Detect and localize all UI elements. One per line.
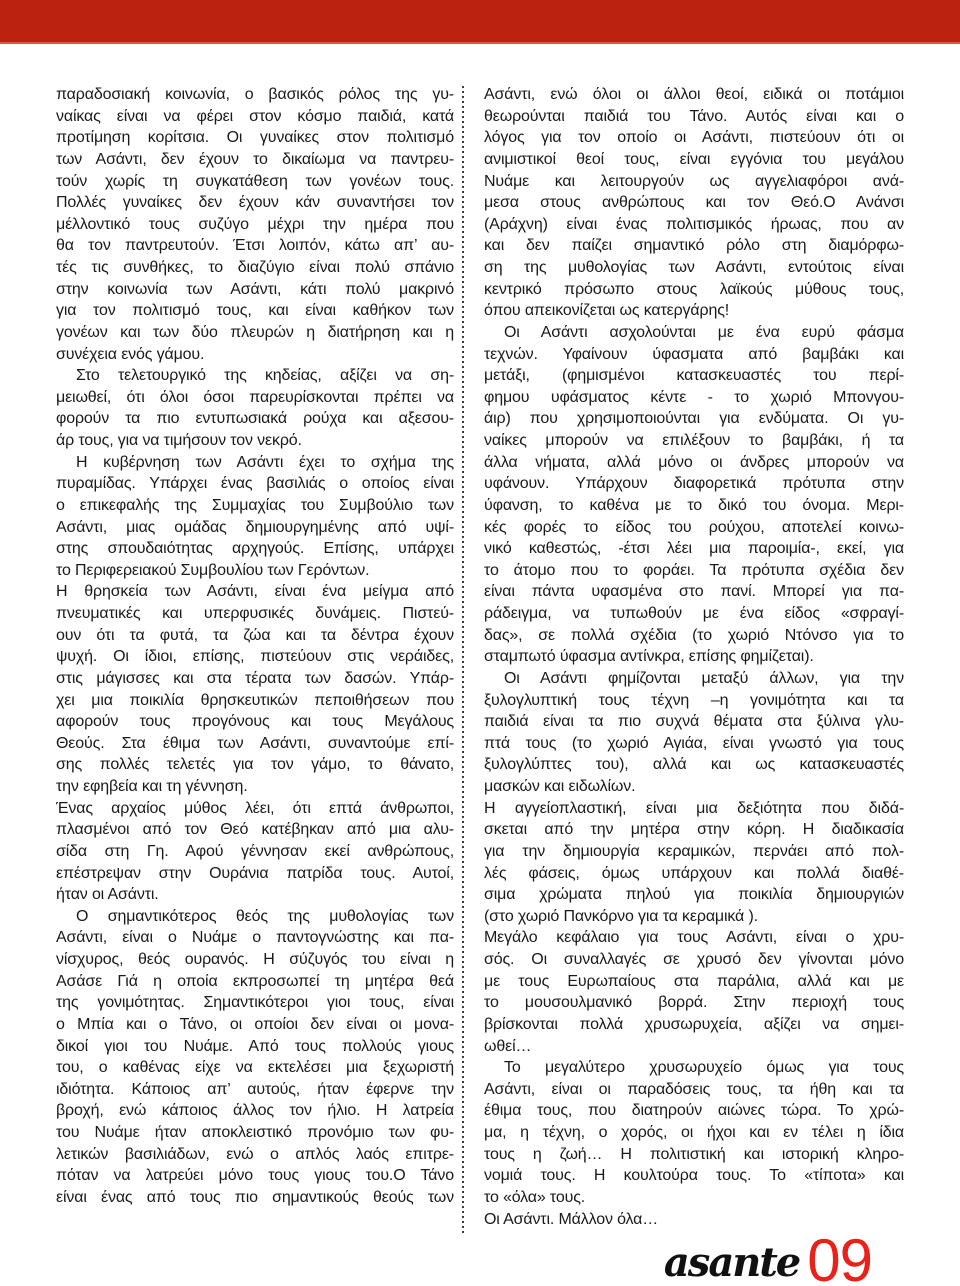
text-line: Πολλές γυναίκες δεν έχουν κάν συναντήσει… [56,192,454,214]
text-line: άλλα νήματα, αλλά μόνο οι άνδρες μπορούν… [484,452,904,474]
text-line: ο Μπία και ο Τάνο, οι οποίοι δεν είναι ο… [56,1014,454,1036]
text-line: έθιμα τους, που διατηρούν αιώνες τώρα. Τ… [484,1100,904,1122]
text-line: Νυάμε και λειτουργούν ως αγγελιαφόροι αν… [484,171,904,193]
text-line: μέλλοντικό τους συζύγο μέχρι την ημέρα π… [56,214,454,236]
page-footer: asante 09 [664,1232,872,1286]
text-line: ο επικεφαλής της Συμμαχίας του Συμβούλιο… [56,495,454,517]
text-line: ιδιότητα. Κάποιος απ’ αυτούς, ήταν έφερν… [56,1079,454,1101]
text-line: πόταν να λατρεύει μόνο τους γιους του.Ο … [56,1165,454,1187]
text-line: δας», σε πολλά σχέδια (το χωριό Ντόνσο γ… [484,625,904,647]
text-line: Ασάσε Γιά η οποία εκπροσωπεί τη μητέρα θ… [56,971,454,993]
text-line: το «όλα» τους. [484,1187,904,1209]
text-line: υφάνουν. Υπάρχουν διαφορετικά πρότυπα στ… [484,473,904,495]
text-line: τους η ζωή… Η πολιτιστική και ιστορική κ… [484,1144,904,1166]
text-line: δικοί γιοι του Νυάμε. Από τους πολλούς γ… [56,1036,454,1058]
text-line: σιμα χρώματα πηλού για ποικιλία δημιουργ… [484,884,904,906]
header-bar [0,0,960,44]
text-line: επέστρεψαν στην Ουράνια πατρίδα τους. Αυ… [56,863,454,885]
text-line: όπου απεικονίζεται ως κατεργάρης! [484,300,904,322]
text-line: Οι Ασάντι φημίζονται μεταξύ άλλων, για τ… [484,668,904,690]
text-line: θα τον παντρευτούν. Έτσι λοιπόν, κάτω απ… [56,235,454,257]
text-line: άιρ) που χρησιμοποιούνται για ενδύματα. … [484,408,904,430]
text-line: Ο σημαντικότερος θεός της μυθολογίας των [56,906,454,928]
text-line: ύφανση, το καθένα με το δικό του όνομα. … [484,495,904,517]
text-line: χει μια ποικιλία θρησκευτικών πεποιθήσεω… [56,690,454,712]
text-line: το Περιφερειακού Συμβουλίου των Γερόντων… [56,560,454,582]
text-line: σταμπωτό ύφασμα αντίνκρα, επίσης φημίζετ… [484,646,904,668]
text-line: Το μεγαλύτερο χρυσωρυχείο όμως για τους [484,1057,904,1079]
text-line: για την δημιουργία κεραμικών, περνάει απ… [484,841,904,863]
text-line: ουν ότι τα φυτά, τα ζώα και τα δέντρα έχ… [56,625,454,647]
text-line: παραδοσιακή κοινωνία, ο βασικός ρόλος τη… [56,84,454,106]
text-line: ψυχή. Οι ίδιοι, επίσης, πιστεύουν στις ν… [56,646,454,668]
text-line: νομιά τους. Η κουλτούρα τους. Το «τίποτα… [484,1165,904,1187]
text-line: νίσχυρος, θεός ουρανός. Η σύζυγός του εί… [56,949,454,971]
text-line: στης σπουδαιότητας αρχηγούς. Επίσης, υπά… [56,538,454,560]
text-line: τούν χωρίς τη συγκατάθεση των γονέων του… [56,171,454,193]
text-line: και δεν παίζει σημαντικό ρόλο στη διαμόρ… [484,235,904,257]
text-line: σκεται από την μητέρα στην κόρη. Η διαδι… [484,819,904,841]
text-line: πτά τους (το χωριό Αγιάα, είναι γνωστό γ… [484,733,904,755]
article-column-left: παραδοσιακή κοινωνία, ο βασικός ρόλος τη… [56,84,454,1209]
text-line: γονέων και των δύο πλευρών η διατήρηση κ… [56,322,454,344]
text-line: πυραμίδας. Υπάρχει ένας βασιλιάς ο οποίο… [56,473,454,495]
text-line: πλασμένοι από τον Θεό κατέβηκαν από μια … [56,819,454,841]
text-line: ξυλογλύπτες του), αλλά και ως κατασκευασ… [484,754,904,776]
text-line: λόγος για τον οποίο οι Ασάντι, πιστεύουν… [484,127,904,149]
text-line: με τους Ευρωπαίους στα παράλια, αλλά και… [484,971,904,993]
text-line: ανιμιστικοί θεοί τους, είναι εγγόνια του… [484,149,904,171]
text-line: φημου υφάσματος κέντε - το χωριό Μπονγου… [484,387,904,409]
text-line: αφορούν τους προγόνους και τους Μεγάλους [56,711,454,733]
text-line: Ασάντι, είναι οι παραδόσεις τους, τα ήθη… [484,1079,904,1101]
text-line: τεχνών. Υφαίνουν ύφασματα από βαμβάκι κα… [484,344,904,366]
text-line: Ασάντι, μιας ομάδας δημιουργημένης από υ… [56,517,454,539]
text-line: στις μάγισσες και στα τέρατα των δασών. … [56,668,454,690]
text-line: Ένας αρχαίος μύθος λέει, ότι επτά άνθρωπ… [56,798,454,820]
text-line: θεωρούνται παιδιά του Τάνο. Αυτός είναι … [484,106,904,128]
text-line: Ασάντι, είναι ο Νυάμε ο παντογνώστης και… [56,927,454,949]
magazine-logo: asante [664,1240,799,1286]
text-line: προτίμηση κορίτσια. Οι γυναίκες στον πολ… [56,127,454,149]
text-line: (Αράχνη) είναι ένας πολιτισμικός ήρωας, … [484,214,904,236]
text-line: κές φορές το είδος του ρούχου, αποτελεί … [484,517,904,539]
text-line: Οι Ασάντι ασχολούνται με ένα ευρύ φάσμα [484,322,904,344]
text-line: σίδα στη Γη. Αφού γέννησαν εκεί ανθρώπου… [56,841,454,863]
text-line: μα, η τέχνη, ο χορός, οι ήχοι και εν τέλ… [484,1122,904,1144]
text-line: λετικών βασιλιάδων, ενώ ο απλός λαός επι… [56,1144,454,1166]
text-line: του Νυάμε ήταν αποκλειστικό προνόμιο των… [56,1122,454,1144]
text-line: μειωθεί, ότι όλοι όσοι παρευρίσκονται πρ… [56,387,454,409]
text-line: ωθεί… [484,1036,904,1058]
article-column-right: Ασάντι, ενώ όλοι οι άλλοι θεοί, ειδικά ο… [484,84,904,1230]
text-line: ναίκες μπορούν να επιλέξουν το βαμβάκι, … [484,430,904,452]
text-line: ράδειγμα, να τυπωθούν με ένα είδος «σφρα… [484,603,904,625]
text-line: Η κυβέρνηση των Ασάντι έχει το σχήμα της [56,452,454,474]
text-line: ναίκας είναι να φέρει στον κόσμο παιδιά,… [56,106,454,128]
text-line: ξυλογλυπτική τους τέχνη –η γονιμότητα κα… [484,690,904,712]
text-line: παιδιά είναι τα πιο συχνά θέματα στα ξύλ… [484,711,904,733]
text-line: βρίσκονται πολλά χρυσωρυχεία, αξίζει να … [484,1014,904,1036]
text-line: Η αγγείοπλαστική, είναι μια δεξιότητα πο… [484,798,904,820]
text-line: της γονιμότητας. Σημαντικότεροι γιοι του… [56,992,454,1014]
text-line: των Ασάντι, δεν έχουν το δικαίωμα να παν… [56,149,454,171]
text-line: το άτομο που το φοράει. Τα πρότυπα σχέδι… [484,560,904,582]
text-line: είναι πάντα υφασμένα στο πανί. Μπορεί γι… [484,581,904,603]
text-line: του, ο καθένας είχε να εκτελέσει μια ξεχ… [56,1057,454,1079]
text-line: την εφηβεία και τη γέννηση. [56,776,454,798]
text-line: το μουσουλμανικό βορρά. Στην περιοχή του… [484,992,904,1014]
text-line: είναι ένας από τους πιο σημαντικούς θεού… [56,1187,454,1209]
text-line: μασκών και ειδωλίων. [484,776,904,798]
text-line: Ασάντι, ενώ όλοι οι άλλοι θεοί, ειδικά ο… [484,84,904,106]
text-line: σός. Οι συναλλαγές σε χρυσό δεν γίνονται… [484,949,904,971]
text-line: Θεούς. Στα έθιμα των Ασάντι, συναντούμε … [56,733,454,755]
text-line: για τον πολιτισμό τους, και είναι καθήκο… [56,300,454,322]
text-line: (στο χωριό Πανκόρνο για τα κεραμικά ). [484,906,904,928]
text-line: πνευματικές και υπερφυσικές δυνάμεις. Πι… [56,603,454,625]
text-line: στην κοινωνία των Ασάντι, κάτι πολύ μακρ… [56,279,454,301]
text-line: βροχή, ενώ κάποιος άλλος τον ήλιο. Η λατ… [56,1100,454,1122]
text-line: νικό καθεστώς, -έτσι λέει μια παροιμία-,… [484,538,904,560]
column-divider [462,86,464,1236]
text-line: ση της μυθολογίας των Ασάντι, εντούτοις … [484,257,904,279]
text-line: φορούν τα πιο εντυπωσιακά ρούχα και αξεσ… [56,408,454,430]
text-line: ήταν οι Ασάντι. [56,884,454,906]
text-line: λές φάσεις, όμως υπάρχουν και πολλά διαθ… [484,863,904,885]
page-number: 09 [807,1236,872,1286]
text-line: Μεγάλο κεφάλαιο για τους Ασάντι, είναι ο… [484,927,904,949]
text-line: μετάξι, (φημισμένοι κατασκευαστές του πε… [484,365,904,387]
text-line: συνέχεια ενός γάμου. [56,344,454,366]
text-line: Στο τελετουργικό της κηδείας, αξίζει να … [56,365,454,387]
text-line: τές τις συνθήκες, το διαζύγιο είναι πολύ… [56,257,454,279]
text-line: Η θρησκεία των Ασάντι, είναι ένα μείγμα … [56,581,454,603]
text-line: σης πολλές τελετές για τον γάμο, το θάνα… [56,754,454,776]
text-line: μεσα στους ανθρώπους και τον Θεό.Ο Ανάνσ… [484,192,904,214]
text-line: κεντρικό πρόσωπο στους λαϊκούς μύθους το… [484,279,904,301]
text-line: άρ τους, για να τιμήσουν τον νεκρό. [56,430,454,452]
